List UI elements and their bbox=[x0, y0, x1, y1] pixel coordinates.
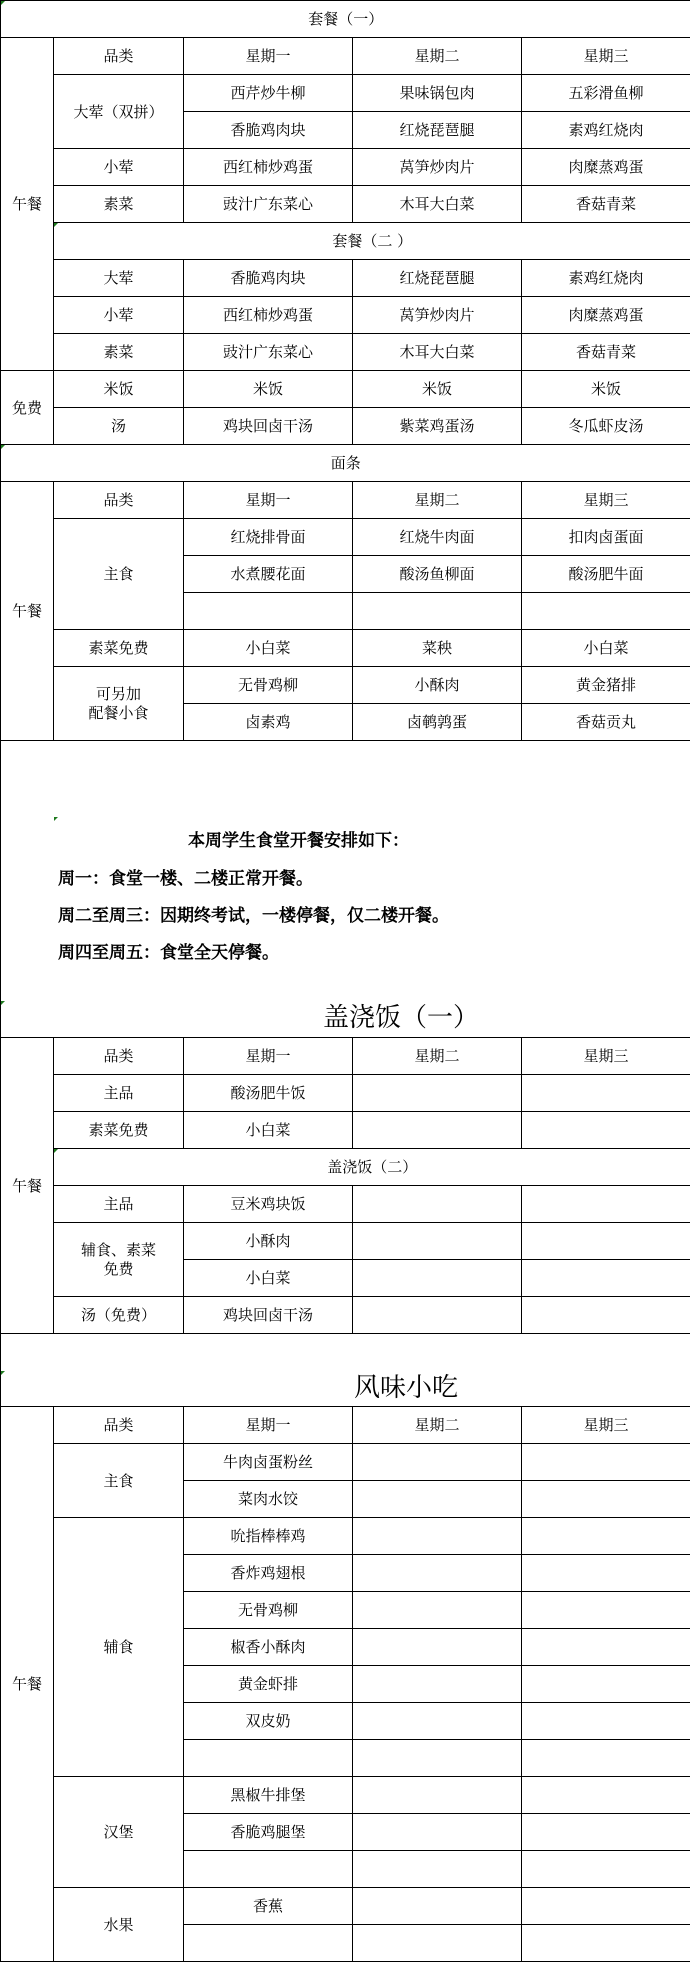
menu-cell-monday: 无骨鸡柳 bbox=[184, 1592, 353, 1629]
menu-cell-tuesday bbox=[353, 1629, 522, 1666]
header-category: 品类 bbox=[54, 38, 184, 75]
notice-line-thu-fri: 周四至周五：食堂全天停餐。 bbox=[58, 943, 279, 963]
menu-cell-tuesday: 莴笋炒肉片 bbox=[353, 297, 522, 334]
notice-block: 本周学生食堂开餐安排如下： 周一：食堂一楼、二楼正常开餐。 周二至周三：因期终考… bbox=[0, 740, 690, 1037]
menu-cell-tuesday: 紫菜鸡蛋汤 bbox=[353, 408, 522, 445]
menu-cell-monday: 香脆鸡肉块 bbox=[184, 112, 353, 149]
menu-cell-wednesday bbox=[522, 1075, 690, 1112]
menu-cell-tuesday bbox=[353, 1592, 522, 1629]
section-title-snacks: 风味小吃 bbox=[1, 1370, 690, 1407]
category-rice: 米饭 bbox=[54, 371, 184, 408]
category-soup: 汤 bbox=[54, 408, 184, 445]
category-fruit: 水果 bbox=[54, 1888, 184, 1962]
menu-cell-wednesday bbox=[522, 1481, 690, 1518]
meal-label-lunch: 午餐 bbox=[1, 1407, 54, 1962]
cell-indicator-icon bbox=[54, 817, 58, 821]
menu-cell-wednesday: 黄金猪排 bbox=[522, 667, 690, 704]
menu-cell-tuesday: 红烧琵琶腿 bbox=[353, 112, 522, 149]
menu-cell-tuesday bbox=[353, 1851, 522, 1888]
category-big-dish: 大荤 bbox=[54, 260, 184, 297]
menu-cell-wednesday bbox=[522, 1814, 690, 1851]
section-title-noodles: 面条 bbox=[1, 445, 690, 482]
table-row: 水果 香蕉 bbox=[1, 1888, 690, 1925]
category-main: 主品 bbox=[54, 1186, 184, 1223]
category-side-line1: 辅食、素菜 bbox=[54, 1241, 183, 1260]
table-row: 主食 红烧排骨面 红烧牛肉面 扣肉卤蛋面 bbox=[1, 519, 690, 556]
menu-cell-wednesday bbox=[522, 1223, 690, 1260]
header-wednesday: 星期三 bbox=[522, 1038, 690, 1075]
menu-cell-tuesday: 小酥肉 bbox=[353, 667, 522, 704]
menu-cell-tuesday: 红烧牛肉面 bbox=[353, 519, 522, 556]
table-row: 素菜 豉汁广东菜心 木耳大白菜 香菇青菜 bbox=[1, 186, 690, 223]
menu-cell-tuesday bbox=[353, 1112, 522, 1149]
table-row: 辅食、素菜 免费 小酥肉 bbox=[1, 1223, 690, 1260]
menu-cell-monday: 酸汤肥牛饭 bbox=[184, 1075, 353, 1112]
menu-cell-tuesday bbox=[353, 1223, 522, 1260]
menu-cell-monday: 黄金虾排 bbox=[184, 1666, 353, 1703]
rice-bowl-table: 午餐 品类 星期一 星期二 星期三 主品 酸汤肥牛饭 素菜免费 小白菜 盖浇饭（… bbox=[0, 1037, 690, 1334]
menu-cell-wednesday: 素鸡红烧肉 bbox=[522, 112, 690, 149]
menu-cell-wednesday: 香菇青菜 bbox=[522, 334, 690, 371]
menu-cell-tuesday bbox=[353, 1703, 522, 1740]
section-title-rice-bowl-2: 盖浇饭（二） bbox=[54, 1149, 690, 1186]
menu-cell-wednesday bbox=[522, 1112, 690, 1149]
menu-cell-monday: 香脆鸡腿堡 bbox=[184, 1814, 353, 1851]
menu-cell-monday: 黑椒牛排堡 bbox=[184, 1777, 353, 1814]
header-monday: 星期一 bbox=[184, 1407, 353, 1444]
menu-cell-monday: 豉汁广东菜心 bbox=[184, 186, 353, 223]
menu-cell-monday: 香蕉 bbox=[184, 1888, 353, 1925]
menu-cell-monday: 双皮奶 bbox=[184, 1703, 353, 1740]
header-wednesday: 星期三 bbox=[522, 1407, 690, 1444]
menu-cell-monday bbox=[184, 1851, 353, 1888]
menu-cell-wednesday bbox=[522, 1629, 690, 1666]
section-title-set-meal-1: 套餐（一） bbox=[1, 1, 690, 38]
section-title-rice-bowl-1: 盖浇饭（一） bbox=[1, 1000, 690, 1037]
menu-cell-wednesday bbox=[522, 1555, 690, 1592]
menu-cell-monday: 小酥肉 bbox=[184, 1223, 353, 1260]
menu-cell-tuesday bbox=[353, 1925, 522, 1962]
category-extra-snacks: 可另加 配餐小食 bbox=[54, 667, 184, 741]
table-row: 主品 酸汤肥牛饭 bbox=[1, 1075, 690, 1112]
menu-cell-tuesday: 米饭 bbox=[353, 371, 522, 408]
notice-line-monday: 周一：食堂一楼、二楼正常开餐。 bbox=[58, 869, 313, 889]
menu-cell-monday: 卤素鸡 bbox=[184, 704, 353, 741]
set-meal-2-title-row: 套餐（二 ） bbox=[1, 223, 690, 260]
menu-cell-monday: 小白菜 bbox=[184, 1112, 353, 1149]
header-monday: 星期一 bbox=[184, 482, 353, 519]
table-row: 汤 鸡块回卤干汤 紫菜鸡蛋汤 冬瓜虾皮汤 bbox=[1, 408, 690, 445]
menu-cell-tuesday bbox=[353, 1518, 522, 1555]
menu-cell-wednesday bbox=[522, 1703, 690, 1740]
menu-cell-tuesday bbox=[353, 593, 522, 630]
table-row: 小荤 西红柿炒鸡蛋 莴笋炒肉片 肉糜蒸鸡蛋 bbox=[1, 149, 690, 186]
category-main: 主品 bbox=[54, 1075, 184, 1112]
menu-cell-monday: 吮指棒棒鸡 bbox=[184, 1518, 353, 1555]
menu-cell-monday: 小白菜 bbox=[184, 1260, 353, 1297]
header-wednesday: 星期三 bbox=[522, 482, 690, 519]
header-category: 品类 bbox=[54, 1407, 184, 1444]
table-row: 可另加 配餐小食 无骨鸡柳 小酥肉 黄金猪排 bbox=[1, 667, 690, 704]
category-extra-line1: 可另加 bbox=[54, 685, 183, 704]
menu-cell-tuesday: 果味锅包肉 bbox=[353, 75, 522, 112]
menu-cell-monday: 水煮腰花面 bbox=[184, 556, 353, 593]
menu-cell-monday: 米饭 bbox=[184, 371, 353, 408]
cell-indicator-icon bbox=[1, 445, 5, 449]
table-row: 素菜 豉汁广东菜心 木耳大白菜 香菇青菜 bbox=[1, 334, 690, 371]
meal-label-lunch: 午餐 bbox=[1, 482, 54, 741]
table-row: 大荤（双拼） 西芹炒牛柳 果味锅包肉 五彩滑鱼柳 bbox=[1, 75, 690, 112]
menu-cell-tuesday bbox=[353, 1075, 522, 1112]
noodles-title-row: 面条 bbox=[1, 445, 690, 482]
header-tuesday: 星期二 bbox=[353, 1038, 522, 1075]
menu-cell-monday bbox=[184, 1925, 353, 1962]
category-side-free-vegetable: 辅食、素菜 免费 bbox=[54, 1223, 184, 1297]
menu-cell-monday: 西芹炒牛柳 bbox=[184, 75, 353, 112]
category-staple: 主食 bbox=[54, 1444, 184, 1518]
table-row: 免费 米饭 米饭 米饭 米饭 bbox=[1, 371, 690, 408]
menu-cell-monday: 鸡块回卤干汤 bbox=[184, 1297, 353, 1334]
header-row: 午餐 品类 星期一 星期二 星期三 bbox=[1, 482, 690, 519]
menu-cell-wednesday bbox=[522, 1186, 690, 1223]
menu-cell-wednesday bbox=[522, 1851, 690, 1888]
category-side-line2: 免费 bbox=[54, 1260, 183, 1279]
menu-cell-wednesday bbox=[522, 1740, 690, 1777]
menu-cell-wednesday: 小白菜 bbox=[522, 630, 690, 667]
category-free-vegetable: 素菜免费 bbox=[54, 1112, 184, 1149]
menu-cell-wednesday: 扣肉卤蛋面 bbox=[522, 519, 690, 556]
table-row: 辅食 吮指棒棒鸡 bbox=[1, 1518, 690, 1555]
menu-cell-monday: 香脆鸡肉块 bbox=[184, 260, 353, 297]
cell-indicator-icon bbox=[1, 1001, 5, 1005]
menu-cell-monday: 西红柿炒鸡蛋 bbox=[184, 149, 353, 186]
meal-label-lunch: 午餐 bbox=[1, 1038, 54, 1334]
set-meal-table: 套餐（一） 午餐 品类 星期一 星期二 星期三 大荤（双拼） 西芹炒牛柳 果味锅… bbox=[0, 0, 690, 445]
table-row: 汉堡 黑椒牛排堡 bbox=[1, 1777, 690, 1814]
menu-cell-wednesday bbox=[522, 1666, 690, 1703]
menu-cell-monday: 椒香小酥肉 bbox=[184, 1629, 353, 1666]
menu-cell-monday: 豉汁广东菜心 bbox=[184, 334, 353, 371]
menu-cell-tuesday: 红烧琵琶腿 bbox=[353, 260, 522, 297]
menu-cell-monday: 鸡块回卤干汤 bbox=[184, 408, 353, 445]
category-staple: 主食 bbox=[54, 519, 184, 630]
menu-cell-wednesday bbox=[522, 1888, 690, 1925]
menu-cell-wednesday bbox=[522, 1444, 690, 1481]
set-meal-1-title-row: 套餐（一） bbox=[1, 1, 690, 38]
menu-cell-wednesday: 冬瓜虾皮汤 bbox=[522, 408, 690, 445]
category-vegetable: 素菜 bbox=[54, 334, 184, 371]
header-tuesday: 星期二 bbox=[353, 38, 522, 75]
menu-cell-tuesday bbox=[353, 1297, 522, 1334]
menu-cell-wednesday bbox=[522, 1518, 690, 1555]
table-row: 素菜免费 小白菜 bbox=[1, 1112, 690, 1149]
header-row: 午餐 品类 星期一 星期二 星期三 bbox=[1, 1407, 690, 1444]
header-monday: 星期一 bbox=[184, 38, 353, 75]
table-row: 汤（免费） 鸡块回卤干汤 bbox=[1, 1297, 690, 1334]
menu-cell-monday: 牛肉卤蛋粉丝 bbox=[184, 1444, 353, 1481]
menu-cell-wednesday bbox=[522, 1777, 690, 1814]
menu-cell-monday: 无骨鸡柳 bbox=[184, 667, 353, 704]
meal-label-free: 免费 bbox=[1, 371, 54, 445]
menu-cell-tuesday bbox=[353, 1481, 522, 1518]
menu-cell-wednesday bbox=[522, 1260, 690, 1297]
notice-heading: 本周学生食堂开餐安排如下： bbox=[188, 831, 409, 851]
menu-cell-tuesday: 菜秧 bbox=[353, 630, 522, 667]
menu-cell-tuesday bbox=[353, 1888, 522, 1925]
category-small-dish: 小荤 bbox=[54, 297, 184, 334]
canteen-weekly-menu: 套餐（一） 午餐 品类 星期一 星期二 星期三 大荤（双拼） 西芹炒牛柳 果味锅… bbox=[0, 0, 690, 1962]
snacks-table: 午餐 品类 星期一 星期二 星期三 主食 牛肉卤蛋粉丝 菜肉水饺 辅食 吮指棒棒… bbox=[0, 1406, 690, 1962]
menu-cell-wednesday bbox=[522, 1297, 690, 1334]
menu-cell-wednesday bbox=[522, 1925, 690, 1962]
menu-cell-monday bbox=[184, 1740, 353, 1777]
menu-cell-tuesday: 卤鹌鹑蛋 bbox=[353, 704, 522, 741]
notice-line-tue-wed: 周二至周三：因期终考试，一楼停餐，仅二楼开餐。 bbox=[58, 906, 449, 926]
meal-label-lunch: 午餐 bbox=[1, 38, 54, 371]
menu-cell-tuesday: 木耳大白菜 bbox=[353, 186, 522, 223]
category-big-dish-double: 大荤（双拼） bbox=[54, 75, 184, 149]
menu-cell-wednesday: 五彩滑鱼柳 bbox=[522, 75, 690, 112]
category-side: 辅食 bbox=[54, 1518, 184, 1777]
menu-cell-monday: 菜肉水饺 bbox=[184, 1481, 353, 1518]
menu-cell-tuesday: 莴笋炒肉片 bbox=[353, 149, 522, 186]
menu-cell-tuesday bbox=[353, 1666, 522, 1703]
category-extra-line2: 配餐小食 bbox=[54, 704, 183, 723]
menu-cell-tuesday bbox=[353, 1260, 522, 1297]
menu-cell-monday: 西红柿炒鸡蛋 bbox=[184, 297, 353, 334]
noodles-table: 面条 午餐 品类 星期一 星期二 星期三 主食 红烧排骨面 红烧牛肉面 扣肉卤蛋… bbox=[0, 444, 690, 741]
menu-cell-monday: 红烧排骨面 bbox=[184, 519, 353, 556]
header-tuesday: 星期二 bbox=[353, 482, 522, 519]
menu-cell-tuesday bbox=[353, 1740, 522, 1777]
menu-cell-tuesday bbox=[353, 1555, 522, 1592]
rice-bowl-2-title-row: 盖浇饭（二） bbox=[1, 1149, 690, 1186]
category-burger: 汉堡 bbox=[54, 1777, 184, 1888]
menu-cell-tuesday bbox=[353, 1814, 522, 1851]
table-row: 主食 牛肉卤蛋粉丝 bbox=[1, 1444, 690, 1481]
menu-cell-wednesday: 香菇青菜 bbox=[522, 186, 690, 223]
header-monday: 星期一 bbox=[184, 1038, 353, 1075]
header-row: 午餐 品类 星期一 星期二 星期三 bbox=[1, 38, 690, 75]
category-small-dish: 小荤 bbox=[54, 149, 184, 186]
header-category: 品类 bbox=[54, 482, 184, 519]
category-soup-free: 汤（免费） bbox=[54, 1297, 184, 1334]
cell-indicator-icon bbox=[1, 1, 5, 5]
section-title-set-meal-2: 套餐（二 ） bbox=[54, 223, 690, 260]
cell-indicator-icon bbox=[54, 223, 58, 227]
category-vegetable: 素菜 bbox=[54, 186, 184, 223]
table-row: 小荤 西红柿炒鸡蛋 莴笋炒肉片 肉糜蒸鸡蛋 bbox=[1, 297, 690, 334]
menu-cell-monday bbox=[184, 593, 353, 630]
header-wednesday: 星期三 bbox=[522, 38, 690, 75]
menu-cell-tuesday: 酸汤鱼柳面 bbox=[353, 556, 522, 593]
table-row: 主品 豆米鸡块饭 bbox=[1, 1186, 690, 1223]
menu-cell-monday: 豆米鸡块饭 bbox=[184, 1186, 353, 1223]
snacks-title-block: 风味小吃 bbox=[0, 1333, 690, 1406]
header-row: 午餐 品类 星期一 星期二 星期三 bbox=[1, 1038, 690, 1075]
menu-cell-tuesday bbox=[353, 1777, 522, 1814]
menu-cell-wednesday bbox=[522, 593, 690, 630]
menu-cell-wednesday: 素鸡红烧肉 bbox=[522, 260, 690, 297]
cell-indicator-icon bbox=[54, 1149, 58, 1153]
menu-cell-wednesday bbox=[522, 1592, 690, 1629]
menu-cell-wednesday: 肉糜蒸鸡蛋 bbox=[522, 149, 690, 186]
menu-cell-wednesday: 酸汤肥牛面 bbox=[522, 556, 690, 593]
menu-cell-monday: 香炸鸡翅根 bbox=[184, 1555, 353, 1592]
table-row: 大荤 香脆鸡肉块 红烧琵琶腿 素鸡红烧肉 bbox=[1, 260, 690, 297]
cell-indicator-icon bbox=[1, 1371, 5, 1375]
menu-cell-tuesday bbox=[353, 1186, 522, 1223]
category-free-vegetable: 素菜免费 bbox=[54, 630, 184, 667]
menu-cell-tuesday: 木耳大白菜 bbox=[353, 334, 522, 371]
menu-cell-monday: 小白菜 bbox=[184, 630, 353, 667]
menu-cell-wednesday: 香菇贡丸 bbox=[522, 704, 690, 741]
table-row: 素菜免费 小白菜 菜秧 小白菜 bbox=[1, 630, 690, 667]
header-category: 品类 bbox=[54, 1038, 184, 1075]
menu-cell-wednesday: 米饭 bbox=[522, 371, 690, 408]
menu-cell-wednesday: 肉糜蒸鸡蛋 bbox=[522, 297, 690, 334]
menu-cell-tuesday bbox=[353, 1444, 522, 1481]
header-tuesday: 星期二 bbox=[353, 1407, 522, 1444]
